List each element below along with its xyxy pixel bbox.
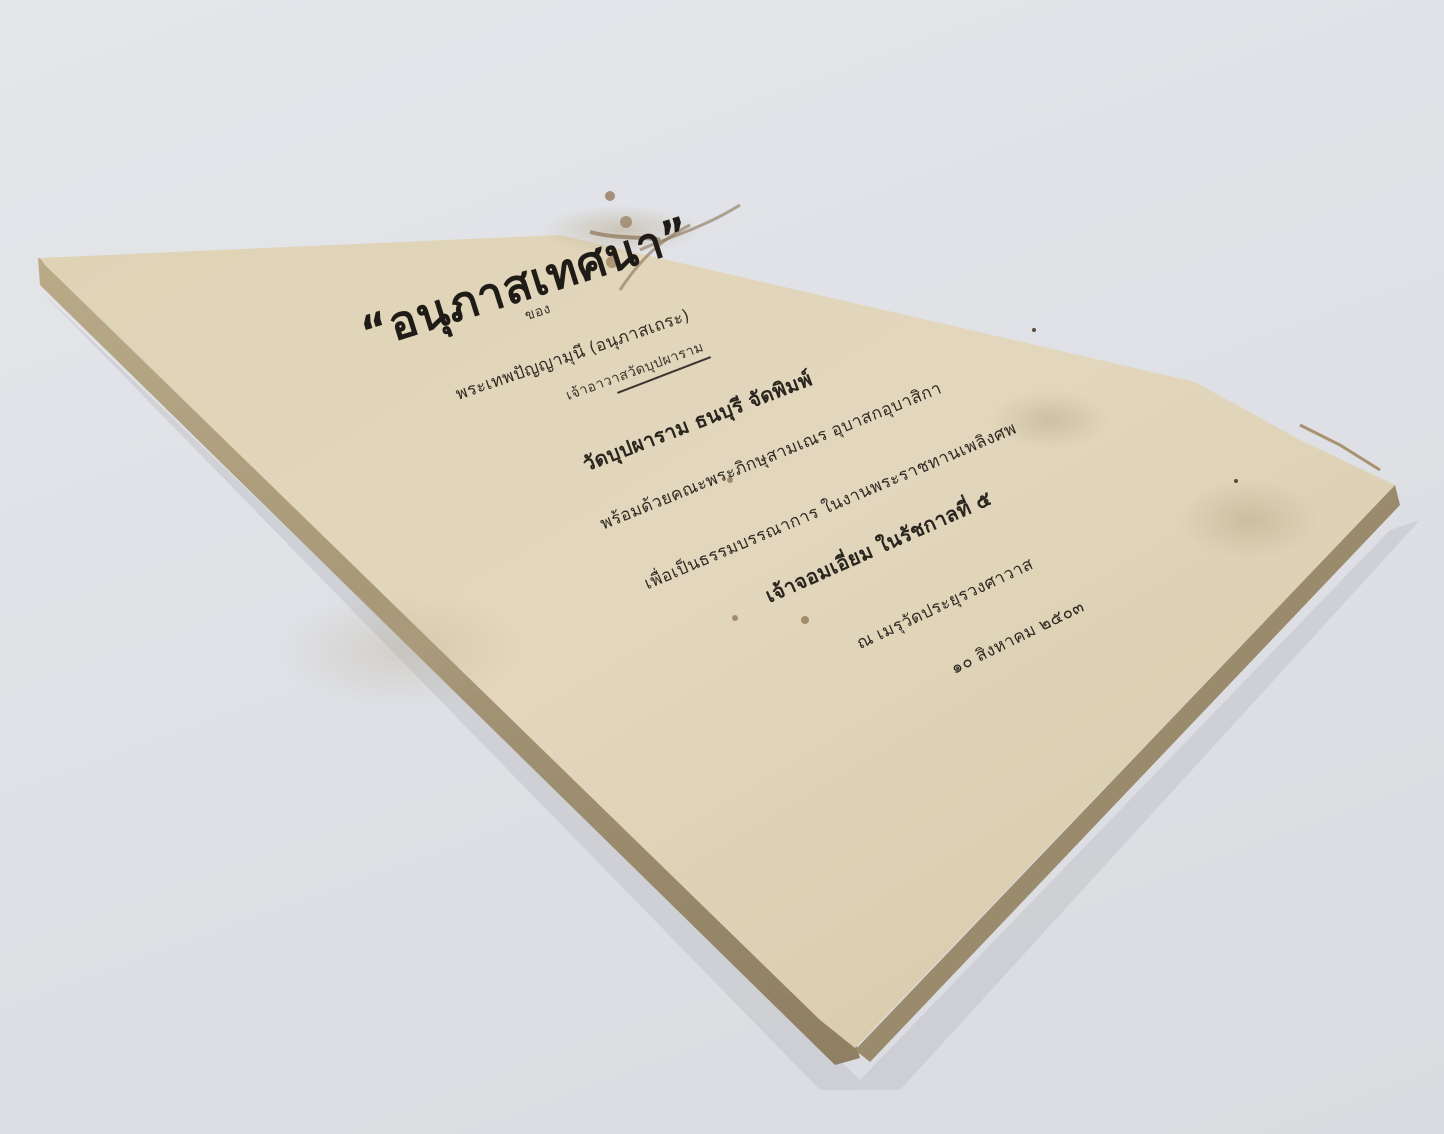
book-shape	[0, 0, 1444, 1134]
photo-scene: “อนุภาสเทศนา” ของ พระเทพปัญญามุนี (อนุภา…	[0, 0, 1444, 1134]
